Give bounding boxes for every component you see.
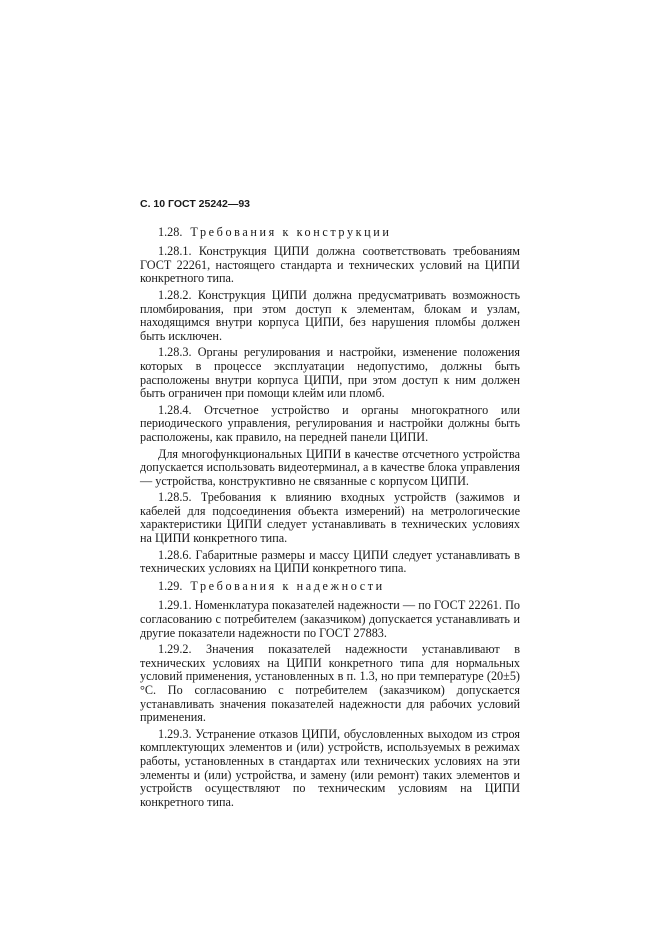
section-title: Требования к надежности	[190, 579, 384, 593]
paragraph-1-28-5: 1.28.5. Требования к влиянию входных уст…	[140, 491, 520, 545]
paragraph-1-28-6: 1.28.6. Габаритные размеры и массу ЦИПИ …	[140, 549, 520, 576]
running-head: С. 10 ГОСТ 25242—93	[140, 198, 520, 212]
section-heading-1-29: 1.29.Требования к надежности	[140, 580, 520, 594]
paragraph-1-28-2: 1.28.2. Конструкция ЦИПИ должна предусма…	[140, 289, 520, 343]
paragraph-1-29-2: 1.29.2. Значения показателей надежности …	[140, 643, 520, 725]
paragraph-1-28-4-cont: Для многофункциональных ЦИПИ в качестве …	[140, 448, 520, 489]
paragraph-1-28-1: 1.28.1. Конструкция ЦИПИ должна соответс…	[140, 245, 520, 286]
paragraph-1-28-3: 1.28.3. Органы регулирования и настройки…	[140, 346, 520, 400]
paragraph-1-28-4: 1.28.4. Отсчетное устройство и органы мн…	[140, 404, 520, 445]
section-heading-1-28: 1.28.Требования к конструкции	[140, 226, 520, 240]
paragraph-1-29-1: 1.29.1. Номенклатура показателей надежно…	[140, 599, 520, 640]
paragraph-1-29-3: 1.29.3. Устранение отказов ЦИПИ, обуслов…	[140, 728, 520, 810]
section-number: 1.28.	[158, 225, 182, 239]
document-page: С. 10 ГОСТ 25242—93 1.28.Требования к ко…	[140, 198, 520, 812]
section-title: Требования к конструкции	[190, 225, 391, 239]
section-number: 1.29.	[158, 579, 182, 593]
